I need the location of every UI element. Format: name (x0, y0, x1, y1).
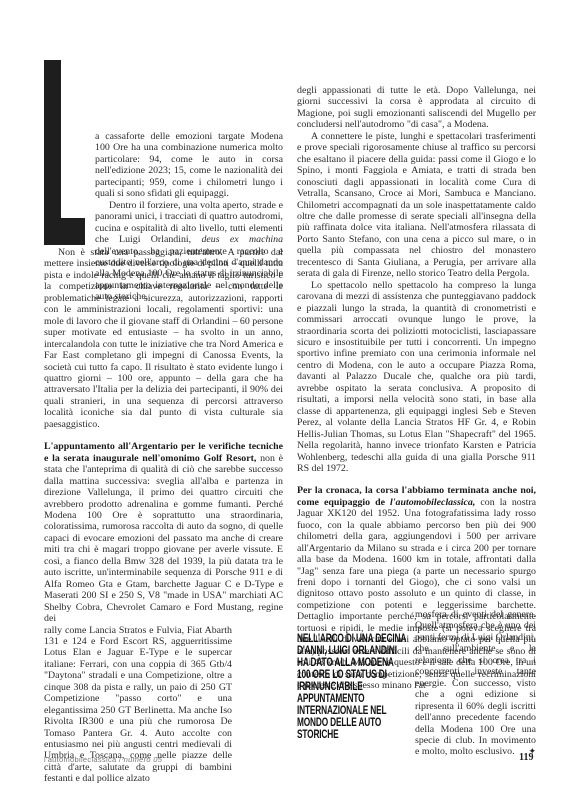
magazine-title: l'automobileclassica / (44, 755, 121, 764)
paragraph: Non è stata una passeggiata, tutt'altro.… (44, 247, 283, 430)
footer-magazine-credit: l'automobileclassica / numero 05 (44, 755, 162, 764)
page-number: 119 (519, 752, 533, 763)
magazine-name: l'automobileclassica, (390, 497, 475, 508)
paragraph: A connettere le piste, lunghi e spettaco… (297, 131, 536, 280)
paragraph: degli appassionati di tutte le età. Dopo… (297, 85, 536, 131)
issue-number: numero 05 (124, 755, 163, 764)
left-column: Non è stata una passeggiata, tutt'altro.… (44, 224, 283, 785)
pull-quote: Nell'arco di una decina d'anni, Luigi Or… (297, 633, 409, 741)
intro-paragraph: a cassaforte delle emozioni targate Mode… (95, 131, 283, 200)
spacer (44, 224, 283, 247)
spacer (297, 474, 536, 485)
paragraph: mosfera di eventi del genere. Quell'atmo… (415, 609, 536, 758)
right-column-inset: mosfera di eventi del genere. Quell'atmo… (415, 609, 536, 758)
magazine-page: a cassaforte delle emozioni targate Mode… (0, 0, 580, 787)
right-column: degli appassionati di tutte le età. Dopo… (297, 85, 536, 692)
text: non è stata che l'anteprima di qualità d… (44, 453, 283, 624)
spacer (44, 430, 283, 441)
paragraph: L'appuntamento all'Argentario per le ver… (44, 441, 283, 624)
paragraph: Lo spettacolo nello spettacolo ha compre… (297, 280, 536, 475)
lead-in: L'appuntamento all'Argentario per le ver… (44, 441, 283, 463)
drop-cap-letter (44, 60, 85, 245)
text: mosfera di eventi del genere. Quell'atmo… (415, 609, 536, 757)
